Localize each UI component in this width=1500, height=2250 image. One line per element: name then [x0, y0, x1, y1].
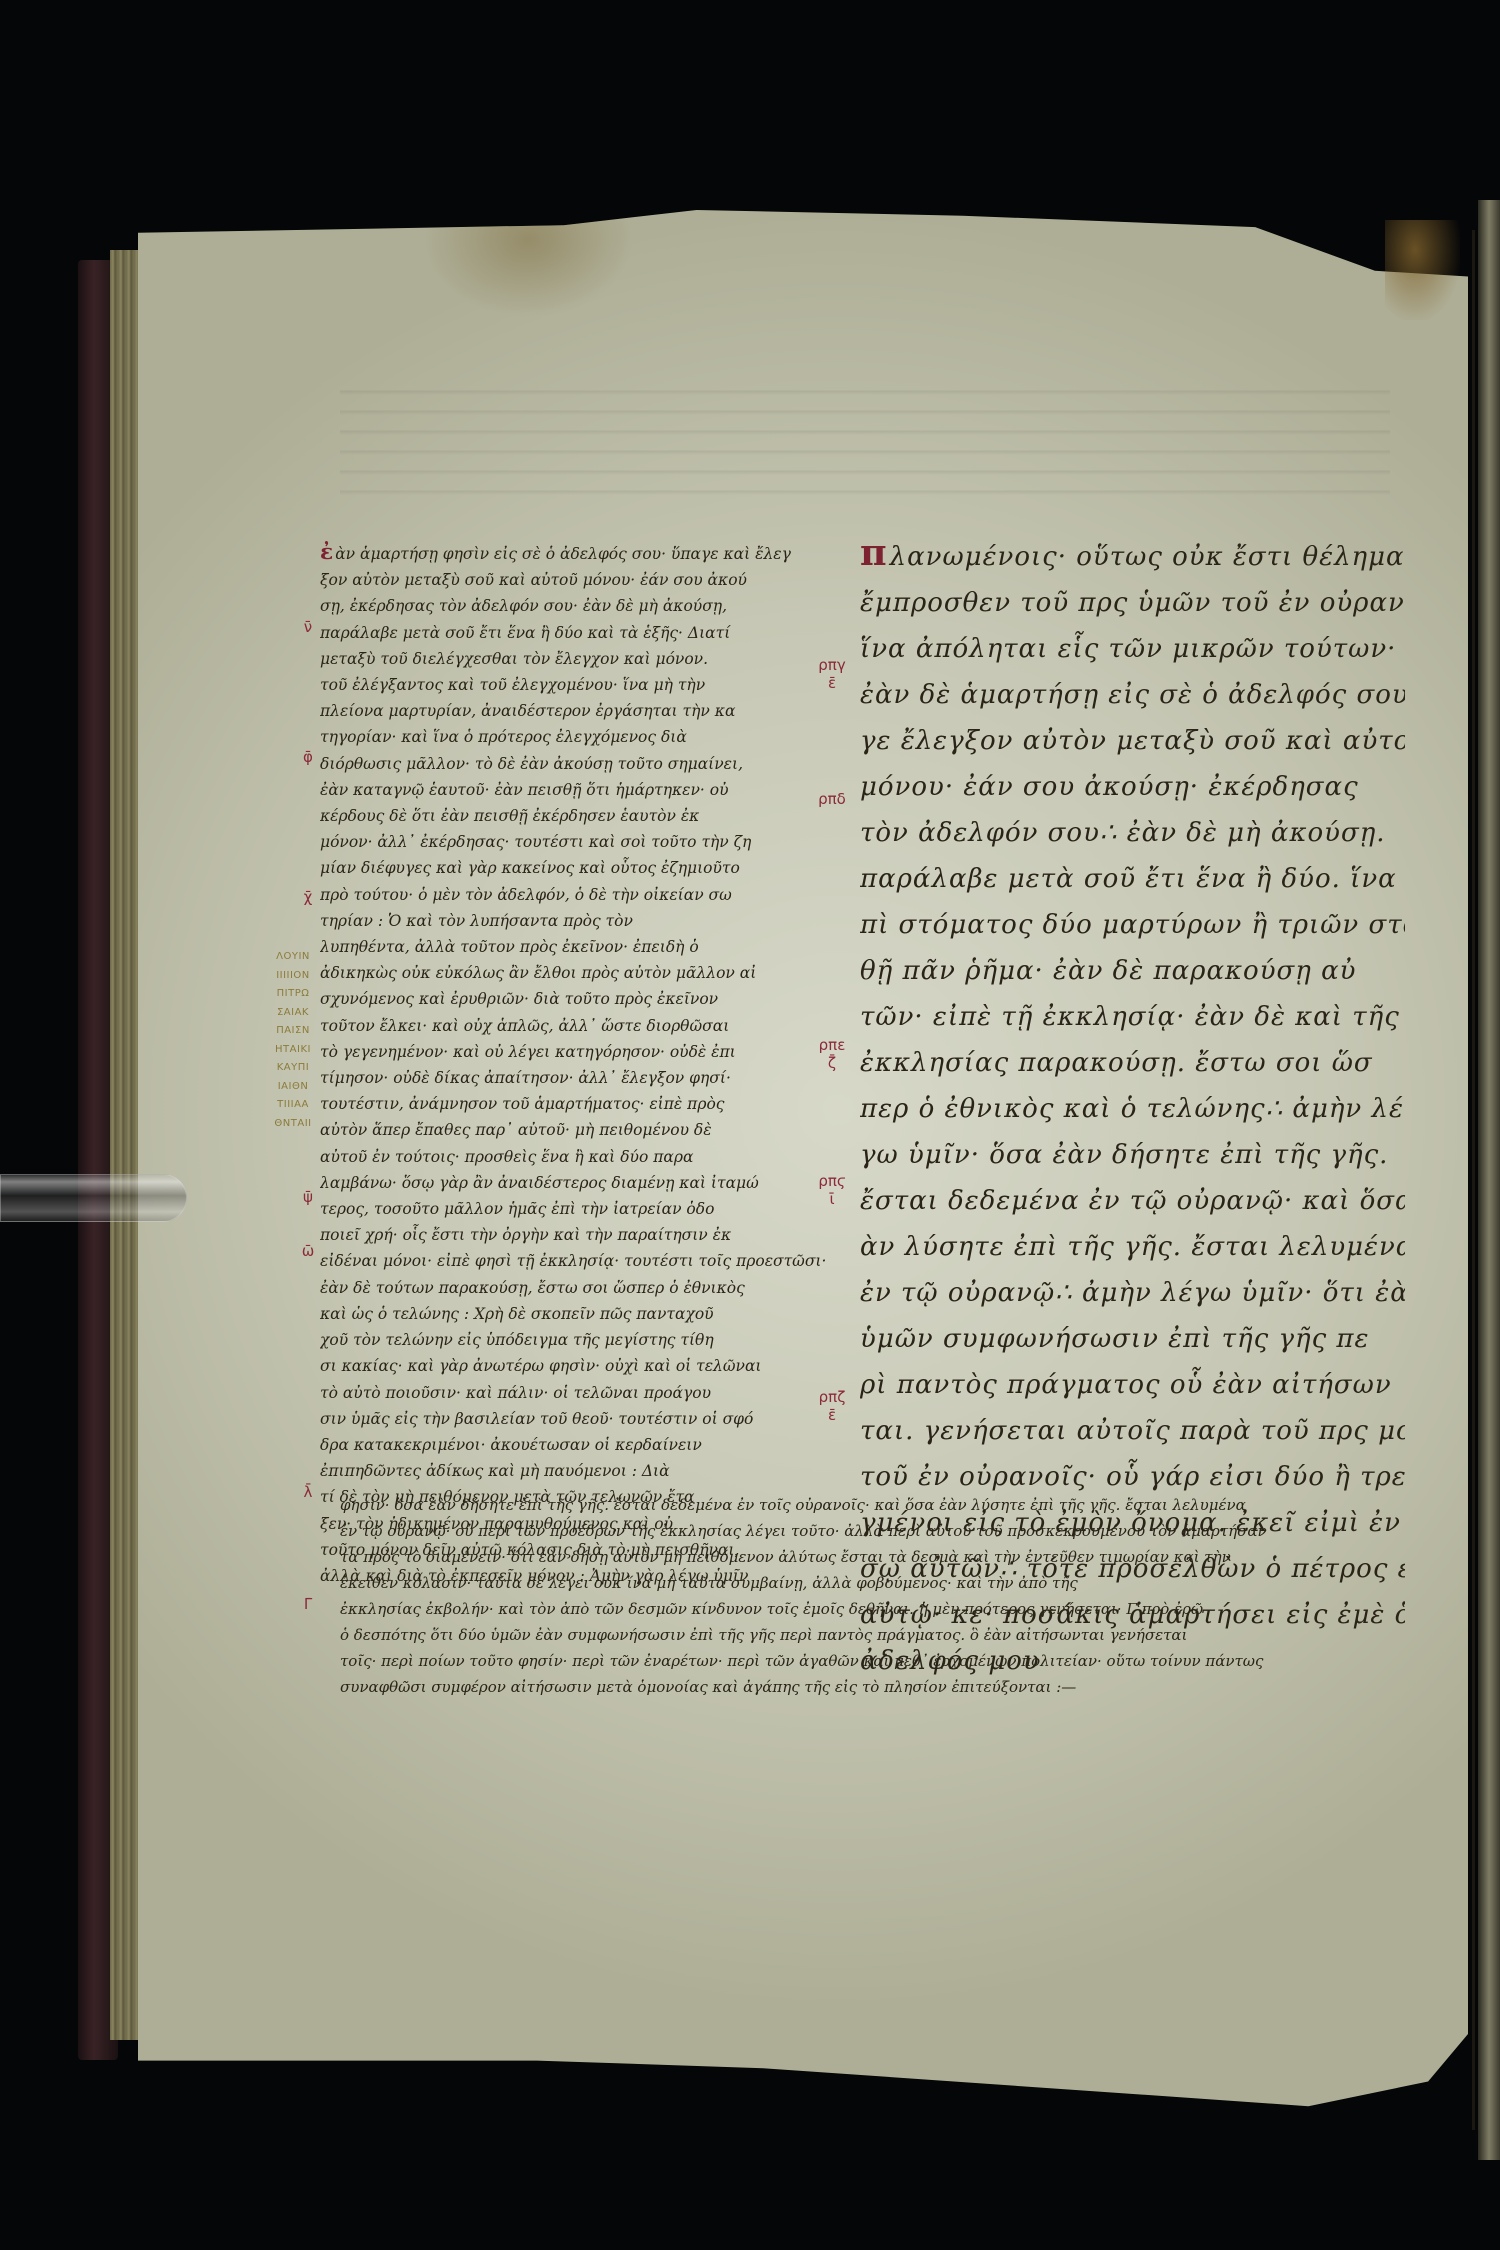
section-number: ρπζε̄ — [812, 1388, 852, 1424]
section-canon-number: ε̄ — [812, 674, 852, 692]
text-line: σι κακίας· καὶ γὰρ ἀνωτέρω φησὶν· οὐχὶ κ… — [320, 1353, 835, 1379]
text-line: ἀδικηκὼς οὐκ εὐκόλως ἂν ἔλθοι πρὸς αὐτὸν… — [320, 960, 835, 986]
text-line: μίαν διέφυγες καὶ γὰρ κακείνος καὶ οὗτος… — [320, 855, 835, 881]
text-line: τουτέστιν, ἀνάμνησον τοῦ ἁμαρτήματος· εἰ… — [320, 1091, 835, 1117]
section-number: ρπεζ̄ — [812, 1036, 852, 1072]
text-line: αὐτὸν ἅπερ ἔπαθες παρ᾽ αὐτοῦ· μὴ πειθομέ… — [320, 1117, 835, 1143]
section-number-label: ρπδ — [812, 790, 852, 808]
margin-rubric-mark: φ̄ — [296, 748, 320, 766]
section-number-label: ρπζ — [812, 1388, 852, 1406]
margin-rubric-mark: χ̄ — [296, 888, 320, 906]
section-number: ρπδ — [812, 790, 852, 808]
margin-rubric-mark: λ̄ — [296, 1483, 320, 1501]
facing-page-edge — [1478, 200, 1500, 2160]
text-line: ρὶ παντὸς πράγματος οὗ ἐὰν αἰτήσων — [860, 1362, 1405, 1408]
text-line: ἐκκλησίας ἐκβολήν· καὶ τὸν ἀπὸ τῶν δεσμῶ… — [340, 1596, 1410, 1622]
text-line: χοῦ τὸν τελώνην εἰς ὑπόδειγμα τῆς μεγίστ… — [320, 1327, 835, 1353]
text-line: ποιεῖ χρή· οἷς ἔστι τὴν ὀργὴν καὶ τὴν πα… — [320, 1222, 835, 1248]
gold-note-line: ΤΙΙΙΑΑ — [254, 1096, 332, 1115]
margin-rubric-mark: ν̄ — [296, 618, 320, 636]
text-line: ἐὰν δὲ ἁμαρτήσῃ εἰς σὲ ὁ ἀδελφός σου· ὕπ… — [860, 672, 1405, 718]
margin-rubric-mark: ω̄ — [296, 1242, 320, 1260]
text-line: τα πρὸς τὸ διαμένειν· ὅτι ἐὰν δήσῃ αὐτὸν… — [340, 1544, 1410, 1570]
text-line: αὐτοῦ ἐν τούτοις· προσθεὶς ἕνα ἢ καὶ δύο… — [320, 1144, 835, 1170]
text-line: ἵνα ἀπόληται εἷς τῶν μικρῶν τούτων· — [860, 626, 1405, 672]
text-line: ται. γενήσεται αὐτοῖς παρὰ τοῦ πρς μου — [860, 1408, 1405, 1454]
text-line: ἐκεῖθεν κόλασιν· ταῦτα δὲ λέγει οὐκ ἵνα … — [340, 1570, 1410, 1596]
section-number-label: ρπε — [812, 1036, 852, 1054]
text-line: τίμησον· οὐδὲ δίκας ἀπαίτησον· ἀλλ᾽ ἔλεγ… — [320, 1065, 835, 1091]
text-line: δρα κατακεκριμένοι· ἀκουέτωσαν οἱ κερδαί… — [320, 1432, 835, 1458]
text-line: διόρθωσις μᾶλλον· τὸ δὲ ἐὰν ἀκούσῃ τοῦτο… — [320, 751, 835, 777]
margin-rubric-mark: Γ̄ — [296, 1595, 320, 1613]
bottom-commentary-block: φησὶν· ὅσα ἐὰν δήσητε ἐπὶ τῆς γῆς. ἔσται… — [340, 1492, 1410, 1700]
gold-marginal-note: ΛΟΥΙΝΙΙΙΙΙΟΝΠΙΤΡΩΣΑΙΑΚΠΑΙΣΝΗΤΑΙΚΙΚΑΥΠΙΙΑ… — [254, 948, 332, 1133]
text-line: μεταξὺ τοῦ διελέγχεσθαι τὸν ἔλεγχον καὶ … — [320, 646, 835, 672]
text-line: μόνον· ἀλλ᾽ ἐκέρδησας· τουτέστι καὶ σοὶ … — [320, 829, 835, 855]
glass-page-holder-rod — [0, 1174, 187, 1222]
rubricated-initial: π — [860, 531, 888, 574]
text-line: τοῖς· περὶ ποίων τοῦτο φησίν· περὶ τῶν ἐ… — [340, 1648, 1410, 1674]
gold-note-line: ΘΝΤΑΙΙ — [254, 1115, 332, 1134]
gold-note-line: ΠΑΙΣΝ — [254, 1022, 332, 1041]
text-line: πὶ στόματος δύο μαρτύρων ἢ τριῶν στα — [860, 902, 1405, 948]
text-line: λυπηθέντα, ἀλλὰ τοῦτον πρὸς ἐκεῖνον· ἐπε… — [320, 934, 835, 960]
gold-note-line: ΙΙΙΙΙΟΝ — [254, 967, 332, 986]
gold-note-line: ΙΑΙΘΝ — [254, 1078, 332, 1097]
margin-rubric-mark: ψ̄ — [296, 1188, 320, 1206]
text-line: τερος, τοσοῦτο μᾶλλον ἡμᾶς ἐπὶ τὴν ἰατρε… — [320, 1196, 835, 1222]
text-line: τοῦ ἐλέγξαντος καὶ τοῦ ἐλεγχομένου· ἵνα … — [320, 672, 835, 698]
text-line: ἐὰν καταγνῷ ἑαυτοῦ· ἐὰν πεισθῇ ὅτι ἡμάρτ… — [320, 777, 835, 803]
text-line: γω ὑμῖν· ὅσα ἐὰν δήσητε ἐπὶ τῆς γῆς. — [860, 1132, 1405, 1178]
text-line: καὶ ὡς ὁ τελώνης : Χρὴ δὲ σκοπεῖν πῶς πα… — [320, 1301, 835, 1327]
text-line: περ ὁ ἐθνικὸς καὶ ὁ τελώνης∴ ἀμὴν λέ — [860, 1086, 1405, 1132]
text-line: γε ἔλεγξον αὐτὸν μεταξὺ σοῦ καὶ αὐτοῦ — [860, 718, 1405, 764]
text-line: τηρίαν : Ὁ καὶ τὸν λυπήσαντα πρὸς τὸν — [320, 908, 835, 934]
text-line: τὸν ἀδελφόν σου∴ ἐὰν δὲ μὴ ἀκούσῃ. — [860, 810, 1405, 856]
gold-note-line: ΚΑΥΠΙ — [254, 1059, 332, 1078]
text-line: ἐκκλησίας παρακούσῃ. ἔστω σοι ὥσ — [860, 1040, 1405, 1086]
text-line: φησὶν· ὅσα ἐὰν δήσητε ἐπὶ τῆς γῆς. ἔσται… — [340, 1492, 1410, 1518]
text-line: συναφθῶσι συμφέρον αἰτήσωσιν μετὰ ὁμονοί… — [340, 1674, 1410, 1700]
gutter-shadow — [1472, 230, 1475, 2130]
text-line: ὰν λύσητε ἐπὶ τῆς γῆς. ἔσται λελυμένα — [860, 1224, 1405, 1270]
section-canon-number: ζ̄ — [812, 1054, 852, 1072]
text-line: πλείονα μαρτυρίαν, ἀναιδέστερον ἐργάσητα… — [320, 698, 835, 724]
text-line: ἐν τῷ οὐρανῷ· οὐ περὶ τῶν προέδρων τῆς ἐ… — [340, 1518, 1410, 1544]
text-line: ξον αὐτὸν μεταξὺ σοῦ καὶ αὐτοῦ μόνου· ἐά… — [320, 567, 835, 593]
text-line: ἐὰν δὲ τούτων παρακούσῃ, ἔστω σοι ὥσπερ … — [320, 1275, 835, 1301]
text-line: θῇ πᾶν ῥῆμα· ἐὰν δὲ παρακούσῃ αὐ — [860, 948, 1405, 994]
rubricated-initial: ἐ — [320, 540, 333, 565]
page-stack-fore-edge — [110, 250, 142, 2040]
text-line: σῃ, ἐκέρδησας τὸν ἀδελφόν σου· ἐὰν δὲ μὴ… — [320, 593, 835, 619]
section-number-label: ρπγ — [812, 656, 852, 674]
text-line: τὸ αὐτὸ ποιοῦσιν· καὶ πάλιν· οἱ τελῶναι … — [320, 1380, 835, 1406]
text-line: κέρδους δὲ ὅτι ἐὰν πεισθῇ ἐκέρδησεν ἑαυτ… — [320, 803, 835, 829]
text-line: ἔμπροσθεν τοῦ πρς ὑμῶν τοῦ ἐν οὐρανοῖς — [860, 580, 1405, 626]
section-number: ρπϛῑ — [812, 1172, 852, 1208]
text-line: παράλαβε μετὰ σοῦ ἔτι ἕνα ἢ δύο. ἵνα ἐ — [860, 856, 1405, 902]
text-line: ὁ δεσπότης ὅτι δύο ὑμῶν ἐὰν συμφωνήσωσιν… — [340, 1622, 1410, 1648]
text-line: τῶν· εἰπὲ τῇ ἐκκλησίᾳ· ἐὰν δὲ καὶ τῆς — [860, 994, 1405, 1040]
water-stain-corner — [1385, 220, 1460, 320]
text-line: παράλαβε μετὰ σοῦ ἔτι ἕνα ἢ δύο καὶ τὰ ἑ… — [320, 620, 835, 646]
gold-note-line: ΣΑΙΑΚ — [254, 1004, 332, 1023]
text-line: τὸ γεγενημένον· καὶ οὐ λέγει κατηγόρησον… — [320, 1039, 835, 1065]
text-line: ἐὰν ἁμαρτήσῃ φησὶν εἰς σὲ ὁ ἀδελφός σου·… — [320, 540, 835, 567]
text-line: ἐπιπηδῶντες ἀδίκως καὶ μὴ παυόμενοι : Δι… — [320, 1458, 835, 1484]
text-line: ἐν τῷ οὐρανῷ∴ ἀμὴν λέγω ὑμῖν· ὅτι ἐὰν δύ… — [860, 1270, 1405, 1316]
section-number: ρπγε̄ — [812, 656, 852, 692]
gold-note-line: ΠΙΤΡΩ — [254, 985, 332, 1004]
section-number-label: ρπϛ — [812, 1172, 852, 1190]
text-line: μόνου· ἐάν σου ἀκούσῃ· ἐκέρδησας — [860, 764, 1405, 810]
text-line: πρὸ τούτου· ὁ μὲν τὸν ἀδελφόν, ὁ δὲ τὴν … — [320, 882, 835, 908]
text-line: ὑμῶν συμφωνήσωσιν ἐπὶ τῆς γῆς πε — [860, 1316, 1405, 1362]
section-canon-number: ῑ — [812, 1190, 852, 1208]
text-line: εἰδέναι μόνοι· εἰπὲ φησὶ τῇ ἐκκλησίᾳ· το… — [320, 1248, 835, 1274]
left-commentary-column: ἐὰν ἁμαρτήσῃ φησὶν εἰς σὲ ὁ ἀδελφός σου·… — [320, 540, 835, 1589]
text-line: σιν ὑμᾶς εἰς τὴν βασιλείαν τοῦ θεοῦ· του… — [320, 1406, 835, 1432]
gold-note-line: ΛΟΥΙΝ — [254, 948, 332, 967]
text-line: πλανωμένοις· οὕτως οὐκ ἔστι θέλημα — [860, 530, 1405, 580]
text-line: σχυνόμενος καὶ ἐρυθριῶν· διὰ τοῦτο πρὸς … — [320, 986, 835, 1012]
show-through-text — [340, 375, 1390, 505]
gold-note-line: ΗΤΑΙΚΙ — [254, 1041, 332, 1060]
text-line: τηγορίαν· καὶ ἵνα ὁ πρότερος ἐλεγχόμενος… — [320, 724, 835, 750]
text-line: τοῦτον ἔλκει· καὶ οὐχ ἁπλῶς, ἀλλ᾽ ὥστε δ… — [320, 1013, 835, 1039]
text-line: ἔσται δεδεμένα ἐν τῷ οὐρανῷ· καὶ ὅσα ἐ — [860, 1178, 1405, 1224]
section-canon-number: ε̄ — [812, 1406, 852, 1424]
text-line: λαμβάνω· ὅσῳ γὰρ ἂν ἀναιδέστερος διαμένῃ… — [320, 1170, 835, 1196]
